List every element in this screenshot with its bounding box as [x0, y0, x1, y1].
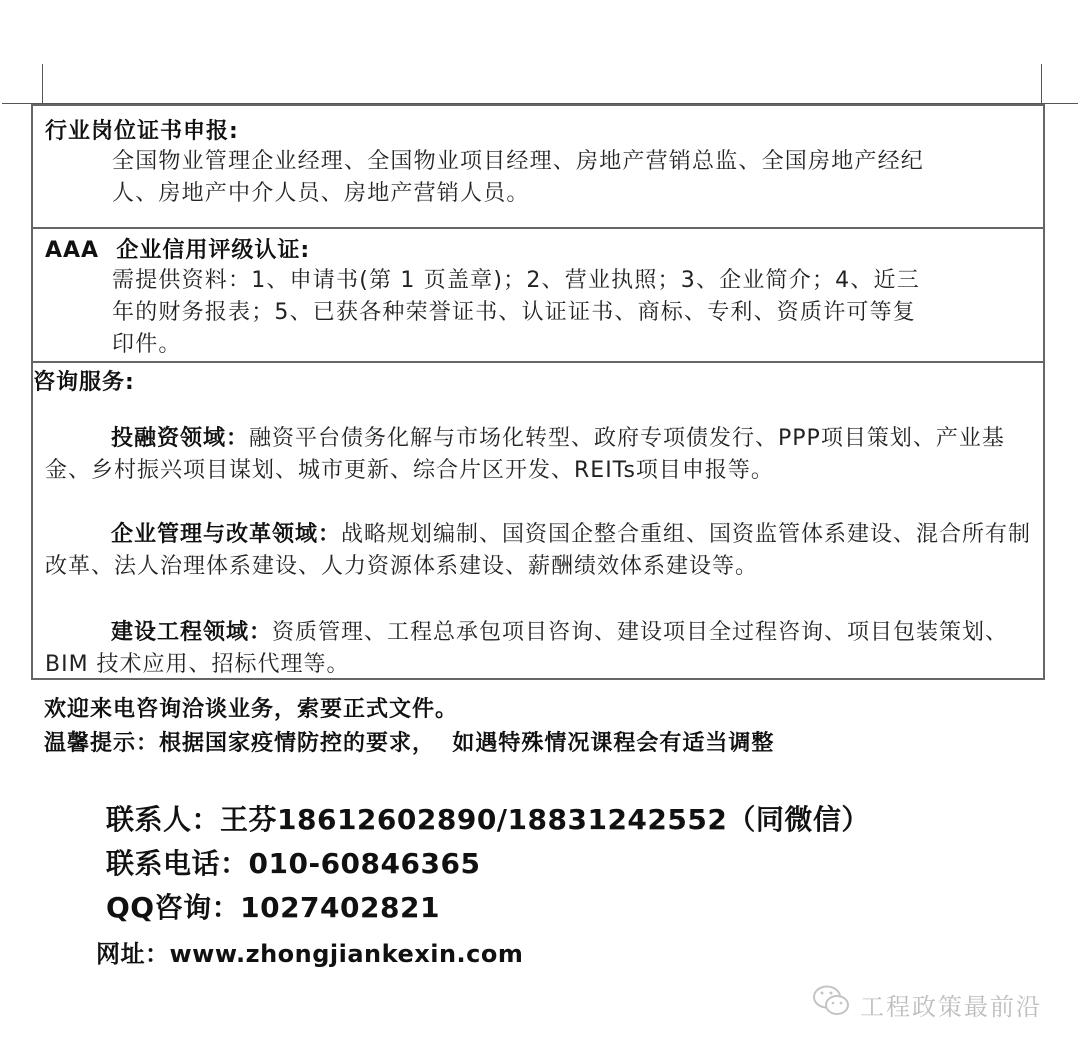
crop-mark-right-vertical: [1041, 64, 1042, 104]
watermark-text: 工程政策最前沿: [860, 987, 1042, 1022]
cert-section: 行业岗位证书申报: 全国物业管理企业经理、全国物业项目经理、房地产营销总监、全国…: [33, 104, 1043, 229]
aaa-section-line3: 印件。: [112, 329, 182, 361]
consult-item-construction-label: 建设工程领域：: [111, 620, 272, 645]
aaa-section-line1: 需提供资料：1、申请书(第 1 页盖章)；2、营业执照；3、企业简介；4、近三: [112, 265, 920, 297]
consult-item-investment-label: 投融资领域：: [111, 426, 249, 451]
info-table: 行业岗位证书申报: 全国物业管理企业经理、全国物业项目经理、房地产营销总监、全国…: [31, 104, 1045, 680]
aaa-section-line2: 年的财务报表；5、已获各种荣誉证书、认证证书、商标、专利、资质许可等复: [112, 297, 916, 329]
cert-section-line1: 全国物业管理企业经理、全国物业项目经理、房地产营销总监、全国房地产经纪: [112, 146, 924, 178]
consult-section: 咨询服务: 投融资领域：融资平台债务化解与市场化转型、政府专项债发行、PPP项目…: [33, 363, 1043, 680]
contact-website[interactable]: 网址：www.zhongjiankexin.com: [96, 934, 523, 969]
welcome-text: 欢迎来电咨询洽谈业务，索要正式文件。: [44, 692, 458, 723]
consult-item-management-label: 企业管理与改革领域：: [111, 522, 341, 547]
consult-section-title: 咨询服务:: [33, 365, 135, 396]
consult-item-investment: 投融资领域：融资平台债务化解与市场化转型、政府专项债发行、PPP项目策划、产业基…: [45, 423, 1045, 487]
watermark: 工程政策最前沿: [812, 984, 1042, 1024]
wechat-icon: [812, 984, 860, 1024]
contact-qq: QQ咨询：1027402821: [106, 886, 440, 926]
contact-phone: 联系电话：010-60846365: [106, 842, 480, 882]
aaa-section-title: AAA 企业信用评级认证:: [45, 233, 310, 264]
cert-section-title: 行业岗位证书申报:: [45, 114, 239, 145]
notice-text: 温馨提示：根据国家疫情防控的要求， 如遇特殊情况课程会有适当调整: [44, 726, 774, 757]
crop-mark-left-vertical: [42, 64, 43, 104]
cert-section-line2: 人、房地产中介人员、房地产营销人员。: [112, 178, 530, 210]
consult-item-management: 企业管理与改革领域：战略规划编制、国资国企整合重组、国资监管体系建设、混合所有制…: [45, 519, 1045, 583]
aaa-section: AAA 企业信用评级认证: 需提供资料：1、申请书(第 1 页盖章)；2、营业执…: [33, 229, 1043, 363]
consult-item-construction: 建设工程领域：资质管理、工程总承包项目咨询、建设项目全过程咨询、项目包装策划、B…: [45, 617, 1045, 681]
contact-person: 联系人：王芬18612602890/18831242552（同微信）: [106, 798, 870, 838]
